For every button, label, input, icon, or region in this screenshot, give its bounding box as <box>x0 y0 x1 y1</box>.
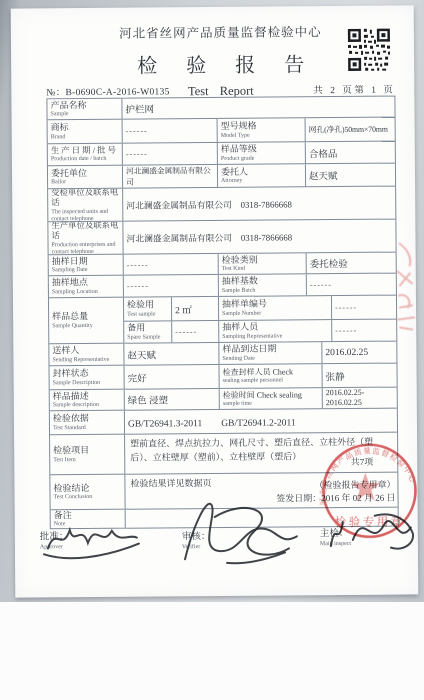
label-seal-checker: 检查封样人员 Check sealing sample personnel <box>218 364 321 388</box>
row-seal-state: 封样状态 Sample Description 完好 检查封样人员 Check … <box>49 363 396 390</box>
report-paper: 河北省丝网产品质量监督检验中心 检 验 报 告 Test Report №：B-… <box>11 5 419 597</box>
value-production-date: ------ <box>122 143 217 165</box>
label-product-name: 产品名称 Sample <box>47 99 121 120</box>
label-test-kind: 检验类别 Test Kind <box>218 253 306 274</box>
row-production-grade: 生 产 日 期 / 批 号 Production date / batch --… <box>48 141 395 166</box>
report-title: 检 验 报 告 <box>46 48 395 80</box>
approver-label: 批准： Approver <box>40 532 69 551</box>
value-sample-batch: ------ <box>306 274 398 296</box>
label-sample-number: 抽样单编号 Sample Number <box>218 296 331 320</box>
org-name: 河北省丝网产品质量监督检验中心 <box>46 22 395 43</box>
label-seal-state: 封样状态 Sample Description <box>50 366 124 390</box>
label-inspected-unit: 受检单位及联系电话 The inspected units and contac… <box>48 189 122 222</box>
label-model: 型号规格 Model Type <box>217 118 305 142</box>
row-bailor-attorney: 委托单位 Bailor 河北澜盛金属制品有限公司 委托人 Attorney 赵天… <box>48 163 395 189</box>
subrow-spare-sample: 备用 Spare Sample ------ 抽样人员 Sampling Rep… <box>123 319 396 343</box>
test-item-count: 共7项 <box>351 454 374 469</box>
value-seal-state: 完好 <box>124 365 219 389</box>
label-sender: 送样人 Sending Representative <box>49 344 123 366</box>
row-conclusion: 检验结论 Test Conclusion 检验结果详见数据页 （检验报告专用章）… <box>50 472 397 510</box>
value-model: 网孔(净孔)50mm×70mm <box>305 118 397 142</box>
label-sample-desc: 样品描述 Sample description <box>50 390 124 411</box>
row-test-item: 检验项目 Test Item 塑前直径、焊点抗拉力、网孔尺寸、塑后直径、立柱外径… <box>50 432 397 475</box>
value-test-item: 塑前直径、焊点抗拉力、网孔尺寸、塑后直径、立柱外径（塑后）、立柱壁厚（塑前）、立… <box>124 433 399 474</box>
row-inspected-unit: 受检单位及联系电话 The inspected units and contac… <box>48 186 395 222</box>
edge-seal-fragment <box>395 235 416 340</box>
value-bailor: 河北澜盛金属制品有限公司 <box>122 165 217 188</box>
row-brand-model: 商标 Brand ------ 型号规格 Model Type 网孔(净孔)50… <box>48 117 395 144</box>
value-test-sample: 2 ㎡ <box>171 297 218 320</box>
label-test-time: 检验时间 Check sealing sample time <box>219 388 322 409</box>
value-test-standard: GB/T26941.3-2011 GB/T26941.2-2011 <box>124 409 399 434</box>
subrow-test-sample: 检验用 Test sample 2 ㎡ 抽样单编号 Sample Number … <box>123 296 396 321</box>
row-production-unit: 生产单位及联系电话 Production enterprises and con… <box>48 219 395 255</box>
scanned-report-page: 河北省丝网产品质量监督检验中心 检 验 报 告 Test Report №：B-… <box>0 0 424 700</box>
value-inspected-unit: 河北澜盛金属制品有限公司 0318-7866668 <box>122 187 397 221</box>
label-arrival-date: 样品到达日期 Sending Date <box>218 342 321 364</box>
label-sampling-rep: 抽样人员 Sampling Representative <box>218 320 331 342</box>
label-conclusion: 检验结论 Test Conclusion <box>50 475 124 510</box>
label-test-item: 检验项目 Test Item <box>50 435 124 475</box>
label-production-date: 生 产 日 期 / 批 号 Production date / batch <box>48 144 122 166</box>
label-sample-batch: 抽样基数 Sample Batch <box>218 274 306 296</box>
report-number: №：B-0690C-A-2016-W0135 <box>46 83 169 98</box>
value-grade: 合格品 <box>305 142 397 164</box>
report-table: 产品名称 Sample 护栏网 商标 Brand ------ 型号规格 Mod… <box>46 96 398 530</box>
row-location-batch: 抽样地点 Sampling Location ------ 抽样基数 Sampl… <box>49 273 396 298</box>
row-test-standard: 检验依据 Test Standard GB/T26941.3-2011 GB/T… <box>50 408 397 435</box>
value-attorney: 赵天赋 <box>305 164 397 187</box>
value-sample-desc: 绿色 浸塑 <box>124 389 219 410</box>
row-note: 备注 Note <box>51 507 398 529</box>
label-note: 备注 Note <box>51 510 125 529</box>
row-sample-quantity: 样品总量 Sample Quantity 检验用 Test sample 2 ㎡… <box>49 295 396 344</box>
label-test-standard: 检验依据 Test Standard <box>50 411 124 435</box>
value-conclusion: 检验结果详见数据页 （检验报告专用章） 签发日期：2016 年 02 月 26 … <box>124 473 399 509</box>
label-spare-sample: 备用 Spare Sample <box>123 321 171 342</box>
value-sample-number: ------ <box>331 296 393 319</box>
value-sender: 赵天赋 <box>123 343 218 365</box>
label-sampling-location: 抽样地点 Sampling Location <box>49 276 123 298</box>
label-sampling-date: 抽样日期 Sampling Date <box>49 255 123 276</box>
sample-quantity-subgrid: 检验用 Test sample 2 ㎡ 抽样单编号 Sample Number … <box>123 296 396 343</box>
value-test-time: 2016.02.25-2016.02.25 <box>322 388 394 409</box>
label-brand: 商标 Brand <box>48 120 122 144</box>
value-note <box>125 508 400 528</box>
verifier-label: 审核： Verifier <box>182 532 211 551</box>
value-test-kind: 委托检验 <box>306 253 398 274</box>
value-seal-checker: 张静 <box>321 364 393 388</box>
qr-code-icon <box>346 27 392 73</box>
value-spare-sample: ------ <box>171 321 218 342</box>
row-sender-arrival: 送样人 Sending Representative 赵天赋 样品到达日期 Se… <box>49 341 396 366</box>
page-margin <box>0 602 424 700</box>
label-grade: 样品等级 Product grade <box>217 142 305 164</box>
page-indicator: 共 2 页第 1 页 <box>313 82 395 97</box>
label-test-sample: 检验用 Test sample <box>123 297 171 320</box>
label-production-unit: 生产单位及联系电话 Production enterprises and con… <box>48 222 122 255</box>
row-product-name: 产品名称 Sample 护栏网 <box>47 97 394 120</box>
value-arrival-date: 2016.02.25 <box>321 342 393 364</box>
row-sampling-date-kind: 抽样日期 Sampling Date ------ 检验类别 Test Kind… <box>49 252 396 276</box>
main-inspect-label: 主检： Main inspect <box>320 529 351 548</box>
value-sampling-rep: ------ <box>331 320 393 341</box>
value-product-name: 护栏网 <box>121 97 396 119</box>
conclusion-seal-note: （检验报告专用章） 签发日期：2016 年 02 月 26 日 <box>276 478 395 505</box>
value-sampling-date: ------ <box>123 254 218 275</box>
label-sample-quantity: 样品总量 Sample Quantity <box>49 298 123 344</box>
label-attorney: 委托人 Attorney <box>217 164 305 187</box>
value-production-unit: 河北澜盛金属制品有限公司 0318-7866668 <box>122 220 397 254</box>
value-sampling-location: ------ <box>123 275 218 297</box>
issue-date: 签发日期：2016 年 02 月 26 日 <box>276 492 395 506</box>
value-brand: ------ <box>122 119 217 143</box>
row-sample-desc: 样品描述 Sample description 绿色 浸塑 检验时间 Check… <box>50 387 397 411</box>
label-bailor: 委托单位 Bailor <box>48 166 122 189</box>
